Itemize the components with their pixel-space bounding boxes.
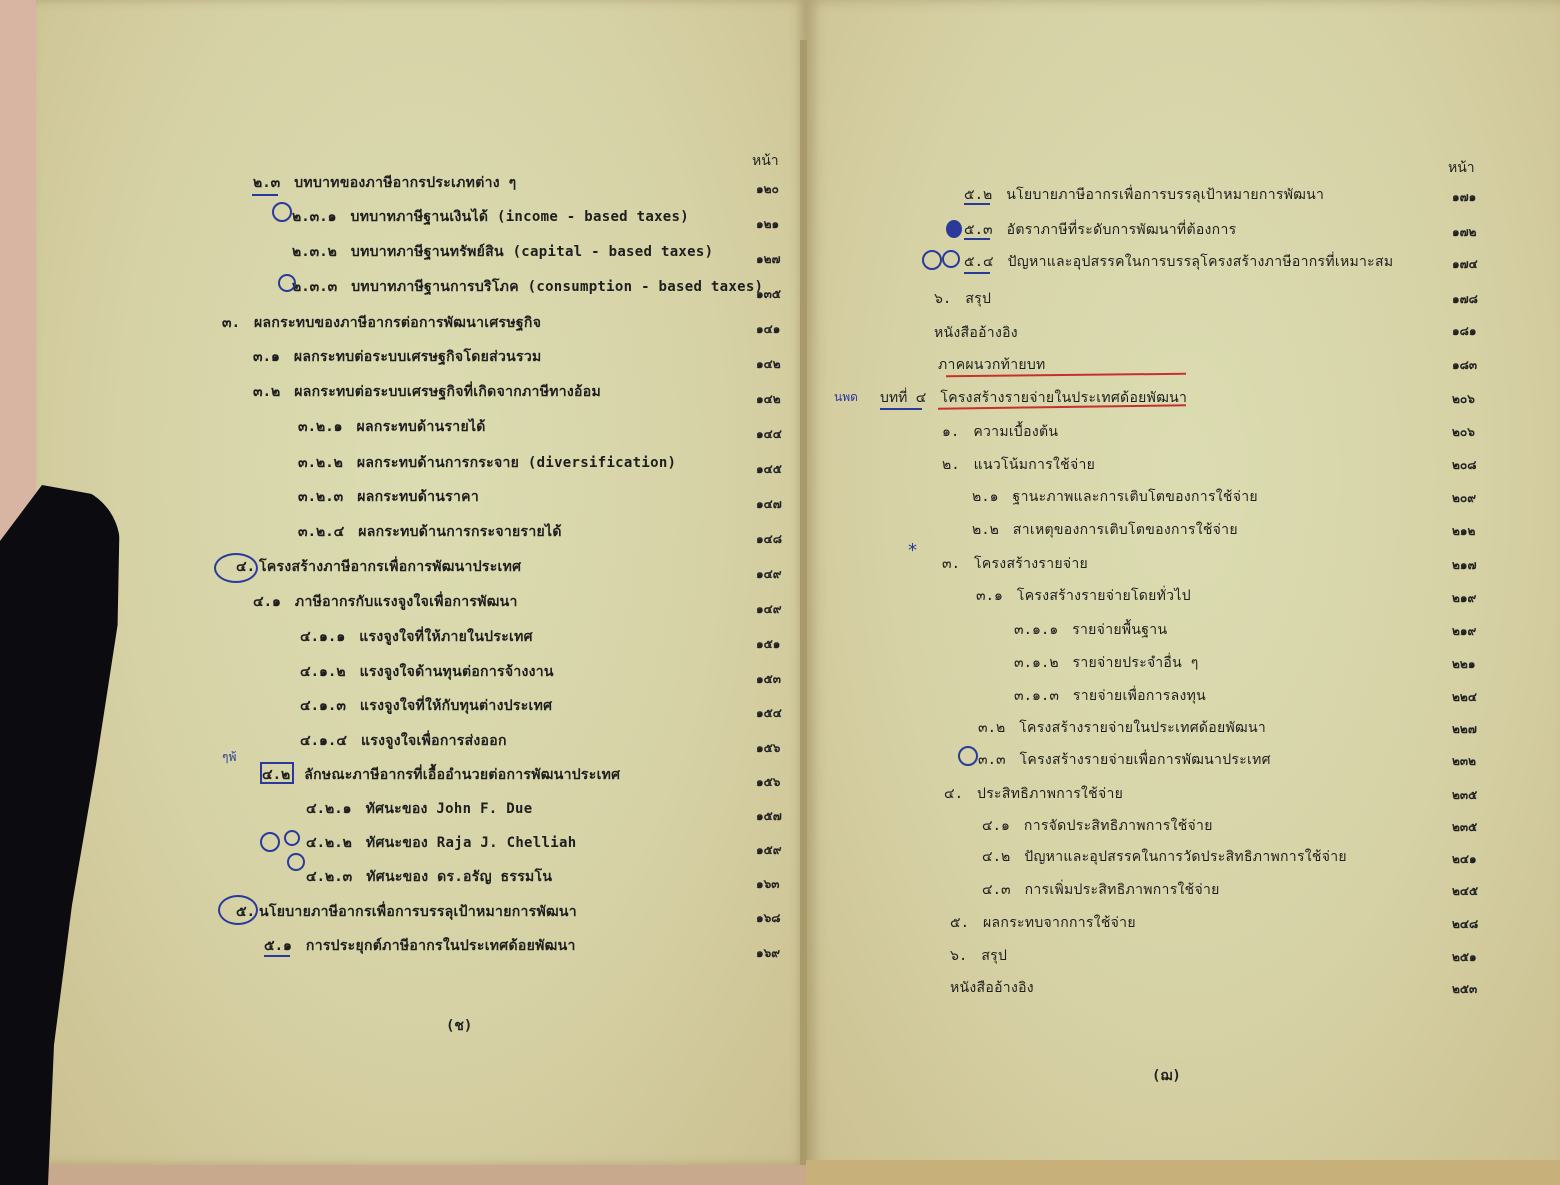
entry-number: ๖. [950,945,967,967]
entry-number: ๓.๒.๓ [298,486,343,508]
page-number: ๒๕๑ [1452,948,1477,967]
pen-circle-icon [218,895,258,925]
toc-entry[interactable]: ๓.๒.๔ผลกระทบด้านการกระจายรายได้ [298,521,562,543]
toc-entry[interactable]: ๒.๑ฐานะภาพและการเติบโตของการใช้จ่าย [972,486,1258,508]
page-number: ๑๔๒ [756,355,781,374]
page-number: ๑๗๘ [1452,290,1478,309]
entry-title: การจัดประสิทธิภาพการใช้จ่าย [1024,815,1213,837]
toc-entry[interactable]: ๔.ประสิทธิภาพการใช้จ่าย [944,783,1123,805]
pen-underline [252,194,278,196]
entry-number: ๓.๒ [978,717,1005,739]
page-number: ๑๖๙ [756,944,780,963]
toc-entry[interactable]: ๕.นโยบายภาษีอากรเพื่อการบรรลุเป้าหมายการ… [236,901,577,923]
entry-number: ๔.๒.๒ [306,832,352,854]
page-number: ๒๓๕ [1452,818,1477,837]
entry-title: นโยบายภาษีอากรเพื่อการบรรลุเป้าหมายการพั… [259,901,577,923]
entry-title: ลักษณะภาษีอากรที่เอื้ออำนวยต่อการพัฒนาปร… [304,764,620,786]
toc-entry[interactable]: ๕.ผลกระทบจากการใช้จ่าย [950,912,1136,934]
toc-entry[interactable]: ๕.๒นโยบายภาษีอากรเพื่อการบรรลุเป้าหมายกา… [964,184,1324,206]
entry-number: ๖. [934,288,951,310]
entry-number: ๒. [942,454,960,476]
page-number: ๑๕๖ [756,739,780,758]
page-number: ๒๕๓ [1452,980,1477,999]
toc-entry[interactable]: ๒.แนวโน้มการใช้จ่าย [942,454,1095,476]
entry-title: ทัศนะของ John F. Due [366,798,533,820]
star-circle-icon [922,250,942,270]
toc-entry[interactable]: ๕.๓อัตราภาษีที่ระดับการพัฒนาที่ต้องการ [964,219,1236,241]
page-number: ๑๗๒ [1452,223,1477,242]
star-circle-icon [942,250,960,268]
entry-number: ๔.๒.๑ [306,798,352,820]
entry-number: ๕.๑ [264,935,292,957]
toc-entry[interactable]: ๖.สรุป [934,288,991,310]
toc-entry[interactable]: ๕.๑การประยุกต์ภาษีอากรในประเทศด้อยพัฒนา [264,935,576,957]
entry-title: ผลกระทบด้านรายได้ [357,416,486,438]
page-number: ๑๕๙ [756,841,782,860]
toc-entry[interactable]: ๔.๒.๓ทัศนะของ ดร.อรัญ ธรรมโน [306,866,552,888]
toc-entry[interactable]: ๒.๓บทบาทของภาษีอากรประเภทต่าง ๆ [253,172,516,194]
entry-title: แรงจูงใจเพื่อการส่งออก [361,730,507,752]
page-column-header: หน้า [752,150,779,172]
page-number: ๒๐๘ [1452,456,1477,475]
ink-blot-icon [946,220,962,238]
entry-title: อัตราภาษีที่ระดับการพัฒนาที่ต้องการ [1007,219,1237,241]
entry-title: การประยุกต์ภาษีอากรในประเทศด้อยพัฒนา [306,935,576,957]
page-bottom-edge [806,1160,1560,1185]
entry-number: ๔.๑ [253,591,281,613]
entry-title: บทบาทของภาษีอากรประเภทต่าง ๆ [294,172,516,194]
page-number: ๒๐๖ [1452,423,1475,442]
toc-entry[interactable]: ๑.ความเบื้องต้น [942,421,1058,443]
page-number: ๒๔๘ [1452,915,1478,934]
page-number: ๒๑๒ [1452,522,1475,541]
entry-number: ๓.๒.๒ [298,452,343,474]
pen-underline [264,955,290,957]
entry-number: ๓.๑.๒ [1014,652,1059,674]
pen-underline [964,203,990,205]
toc-entry[interactable]: ๒.๒สาเหตุของการเติบโตของการใช้จ่าย [972,519,1238,541]
toc-entry[interactable]: ๓.๑.๓รายจ่ายเพื่อการลงทุน [1014,685,1206,707]
entry-number: ๔.๑ [982,815,1010,837]
page-number: ๒๐๙ [1452,489,1476,508]
entry-title: ประสิทธิภาพการใช้จ่าย [977,783,1123,805]
star-circle-icon [272,202,292,222]
entry-number: ๒.๑ [972,486,999,508]
page-number: ๑๔๑ [756,320,780,339]
page-column-header: หน้า [1448,157,1475,179]
toc-entry[interactable]: ๓.๒โครงสร้างรายจ่ายในประเทศด้อยพัฒนา [978,717,1266,739]
entry-number: บทที่ ๔ [880,387,926,409]
toc-entry[interactable]: ๒.๓.๒บทบาทภาษีฐานทรัพย์สิน (capital - ba… [292,241,713,263]
page-number: ๒๐๖ [1452,390,1475,409]
toc-entry[interactable]: ๔.๒.๒ทัศนะของ Raja J. Chelliah [306,832,576,854]
entry-number: ๔.๒.๓ [306,866,352,888]
entry-title: ฐานะภาพและการเติบโตของการใช้จ่าย [1013,486,1258,508]
entry-title: ภาคผนวกท้ายบท [938,354,1046,376]
entry-title: รายจ่ายพื้นฐาน [1072,619,1167,641]
margin-note: นพด [834,388,858,407]
entry-number: ๓.๑.๑ [1014,619,1058,641]
margin-note: ๆพ้ [222,748,236,767]
page-number: ๑๕๔ [756,704,782,723]
page-number: ๒๑๙ [1452,589,1476,608]
page-number: ๑๕๑ [756,635,780,654]
entry-number: ๓.๒.๔ [298,521,344,543]
entry-title: ภาษีอากรกับแรงจูงใจเพื่อการพัฒนา [295,591,518,613]
entry-number: ๔.๒ [982,846,1010,868]
entry-title: แรงจูงใจด้านทุนต่อการจ้างงาน [360,661,554,683]
entry-number: ๓.๒ [253,381,280,403]
toc-entry[interactable]: ๒.๓.๑บทบาทภาษีฐานเงินได้ (income - based… [292,206,689,228]
entry-title: โครงสร้างภาษีอากรเพื่อการพัฒนาประเทศ [259,556,521,578]
toc-entry[interactable]: ๔.๑.๒แรงจูงใจด้านทุนต่อการจ้างงาน [300,661,554,683]
toc-entry[interactable]: ๓.๑โครงสร้างรายจ่ายโดยทั่วไป [976,585,1191,607]
entry-number: ๓.๑ [253,346,280,368]
toc-entry[interactable]: หนังสืออ้างอิง [934,322,1018,344]
entry-number: ๒.๒ [972,519,999,541]
entry-title: สาเหตุของการเติบโตของการใช้จ่าย [1013,519,1238,541]
entry-number: ๓.๑ [976,585,1003,607]
page-number: ๑๔๕ [756,460,782,479]
toc-entry[interactable]: ๓.๑.๑รายจ่ายพื้นฐาน [1014,619,1167,641]
entry-title: ความเบื้องต้น [973,421,1058,443]
page-folio: (ช) [446,1015,472,1037]
page-number: ๒๑๙ [1452,622,1476,641]
entry-number: ๒.๓.๒ [292,241,337,263]
pen-underline [964,272,990,274]
page-number: ๑๔๘ [756,530,782,549]
entry-title: หนังสืออ้างอิง [950,977,1034,999]
toc-entry[interactable]: ๔.๑การจัดประสิทธิภาพการใช้จ่าย [982,815,1213,837]
entry-title: รายจ่ายเพื่อการลงทุน [1073,685,1206,707]
toc-entry[interactable]: ๔.๒ปัญหาและอุปสรรคในการวัดประสิทธิภาพการ… [982,846,1347,868]
entry-title: นโยบายภาษีอากรเพื่อการบรรลุเป้าหมายการพั… [1006,184,1324,206]
pen-circle-icon [214,553,258,583]
page-number: ๑๒๐ [756,180,779,199]
entry-number: ๓.๑.๓ [1014,685,1059,707]
page-number: ๑๕๗ [756,807,782,826]
page-number: ๒๔๑ [1452,850,1477,869]
toc-entry[interactable]: ๓.โครงสร้างรายจ่าย [942,553,1088,575]
page-number: ๑๕๓ [756,670,781,689]
entry-title: ผลกระทบต่อระบบเศรษฐกิจโดยส่วนรวม [294,346,542,368]
toc-entry[interactable]: ๕.๔ปัญหาและอุปสรรคในการบรรลุโครงสร้างภาษ… [964,251,1393,273]
toc-entry[interactable]: ๓.๓โครงสร้างรายจ่ายเพื่อการพัฒนาประเทศ [978,749,1271,771]
pen-underline [880,408,922,410]
page-number: ๑๖๘ [756,909,781,928]
page-number: ๑๔๗ [756,495,782,514]
page-number: ๑๗๑ [1452,188,1476,207]
entry-number: ๒.๓ [253,172,280,194]
page-number: ๑๔๙ [756,565,782,584]
toc-entry[interactable]: ๓.๒.๓ผลกระทบด้านราคา [298,486,479,508]
entry-title: สรุป [981,945,1007,967]
entry-number: ๕. [950,912,969,934]
toc-entry[interactable]: ภาคผนวกท้ายบท [938,354,1046,376]
toc-entry[interactable]: ๓.๒.๒ผลกระทบด้านการกระจาย (diversificati… [298,452,676,474]
page-number: ๒๒๑ [1452,655,1475,674]
entry-title: ปัญหาและอุปสรรคในการบรรลุโครงสร้างภาษีอา… [1008,251,1394,273]
entry-number: ๔.๓ [982,879,1011,901]
entry-number: ๔.๑.๓ [300,695,346,717]
star-circle-icon [260,832,280,852]
toc-entry[interactable]: หนังสืออ้างอิง [950,977,1034,999]
toc-entry[interactable]: ๔.๓การเพิ่มประสิทธิภาพการใช้จ่าย [982,879,1220,901]
toc-entry[interactable]: ๒.๓.๓บทบาทภาษีฐานการบริโภค (consumption … [292,276,763,298]
page-number: ๑๖๓ [756,875,779,894]
toc-entry[interactable]: ๔.๑ภาษีอากรกับแรงจูงใจเพื่อการพัฒนา [253,591,518,613]
page-number: ๑๕๖ [756,773,780,792]
entry-number: ๒.๓.๓ [292,276,337,298]
pen-underline [964,238,990,240]
toc-entry[interactable]: ๓.ผลกระทบของภาษีอากรต่อการพัฒนาเศรษฐกิจ [222,312,541,334]
entry-number: ๓. [942,553,960,575]
star-circle-icon [284,830,300,846]
toc-entry[interactable]: ๔.๑.๔แรงจูงใจเพื่อการส่งออก [300,730,507,752]
entry-title: ปัญหาและอุปสรรคในการวัดประสิทธิภาพการใช้… [1024,846,1347,868]
entry-title: หนังสืออ้างอิง [934,322,1018,344]
page-number: ๒๒๔ [1452,688,1477,707]
page-folio: (ฌ) [1152,1065,1181,1087]
toc-entry[interactable]: ๖.สรุป [950,945,1007,967]
entry-title: โครงสร้างรายจ่ายโดยทั่วไป [1017,585,1191,607]
entry-number: ๔.๑.๒ [300,661,346,683]
entry-number: ๔.๑.๔ [300,730,347,752]
entry-number: ๑. [942,421,959,443]
entry-title: โครงสร้างรายจ่ายในประเทศด้อยพัฒนา [1019,717,1266,739]
entry-number: ๔.๑.๑ [300,626,345,648]
toc-entry[interactable]: ๔.๒.๑ทัศนะของ John F. Due [306,798,532,820]
page-number: ๑๔๙ [756,600,782,619]
page-number: ๑๓๕ [756,285,781,304]
entry-title: รายจ่ายประจำอื่น ๆ [1073,652,1199,674]
page-number: ๒๒๗ [1452,720,1477,739]
entry-title: บทบาทภาษีฐานทรัพย์สิน (capital - based t… [351,241,713,263]
entry-title: ผลกระทบต่อระบบเศรษฐกิจที่เกิดจากภาษีทางอ… [294,381,601,403]
page-number: ๑๗๔ [1452,255,1478,274]
page-number: ๒๓๕ [1452,786,1477,805]
entry-title: ผลกระทบด้านการกระจาย (diversification) [357,452,676,474]
toc-entry[interactable]: ๓.๑ผลกระทบต่อระบบเศรษฐกิจโดยส่วนรวม [253,346,542,368]
page-number: ๑๘๓ [1452,356,1477,375]
entry-title: ผลกระทบจากการใช้จ่าย [983,912,1136,934]
page-number: ๒๔๕ [1452,882,1478,901]
entry-title: โครงสร้างรายจ่ายเพื่อการพัฒนาประเทศ [1020,749,1271,771]
page-number: ๑๔๒ [756,390,781,409]
asterisk-icon: * [908,540,917,561]
page-number: ๑๘๑ [1452,322,1477,341]
entry-title: บทบาทภาษีฐานเงินได้ (income - based taxe… [351,206,689,228]
toc-entry[interactable]: ๓.๒ผลกระทบต่อระบบเศรษฐกิจที่เกิดจากภาษีท… [253,381,601,403]
book-gutter [800,40,807,1165]
pen-box-icon [260,762,294,784]
page-number: ๒๓๒ [1452,752,1476,771]
toc-entry[interactable]: ๓.๑.๒รายจ่ายประจำอื่น ๆ [1014,652,1199,674]
entry-number: ๓. [222,312,240,334]
page-number: ๑๒๑ [756,215,779,234]
entry-title: ทัศนะของ ดร.อรัญ ธรรมโน [366,866,552,888]
toc-entry[interactable]: ๓.๒.๑ผลกระทบด้านรายได้ [298,416,486,438]
entry-title: ผลกระทบของภาษีอากรต่อการพัฒนาเศรษฐกิจ [254,312,541,334]
toc-entry[interactable]: ๔.๒ลักษณะภาษีอากรที่เอื้ออำนวยต่อการพัฒน… [262,764,620,786]
page-number: ๑๔๔ [756,425,782,444]
entry-title: ผลกระทบด้านการกระจายรายได้ [358,521,562,543]
entry-title: ผลกระทบด้านราคา [357,486,479,508]
entry-number: ๕.๔ [964,251,994,273]
entry-title: แรงจูงใจที่ให้ภายในประเทศ [359,626,533,648]
entry-number: ๓.๓ [978,749,1006,771]
entry-number: ๒.๓.๑ [292,206,337,228]
entry-number: ๔. [944,783,963,805]
entry-title: การเพิ่มประสิทธิภาพการใช้จ่าย [1025,879,1220,901]
toc-entry[interactable]: ๔.๑.๑แรงจูงใจที่ให้ภายในประเทศ [300,626,533,648]
entry-title: แรงจูงใจที่ให้กับทุนต่างประเทศ [360,695,552,717]
entry-title: แนวโน้มการใช้จ่าย [974,454,1095,476]
entry-title: ทัศนะของ Raja J. Chelliah [366,832,577,854]
page-number: ๒๑๗ [1452,556,1477,575]
entry-title: สรุป [965,288,991,310]
star-circle-icon [958,746,978,766]
page-number: ๑๒๗ [756,250,781,269]
star-circle-icon [278,274,296,292]
entry-title: โครงสร้างรายจ่าย [974,553,1088,575]
entry-title: บทบาทภาษีฐานการบริโภค (consumption - bas… [351,276,763,298]
toc-entry[interactable]: ๔.โครงสร้างภาษีอากรเพื่อการพัฒนาประเทศ [236,556,521,578]
star-circle-icon [287,853,305,871]
entry-number: ๓.๒.๑ [298,416,343,438]
toc-entry[interactable]: ๔.๑.๓แรงจูงใจที่ให้กับทุนต่างประเทศ [300,695,552,717]
